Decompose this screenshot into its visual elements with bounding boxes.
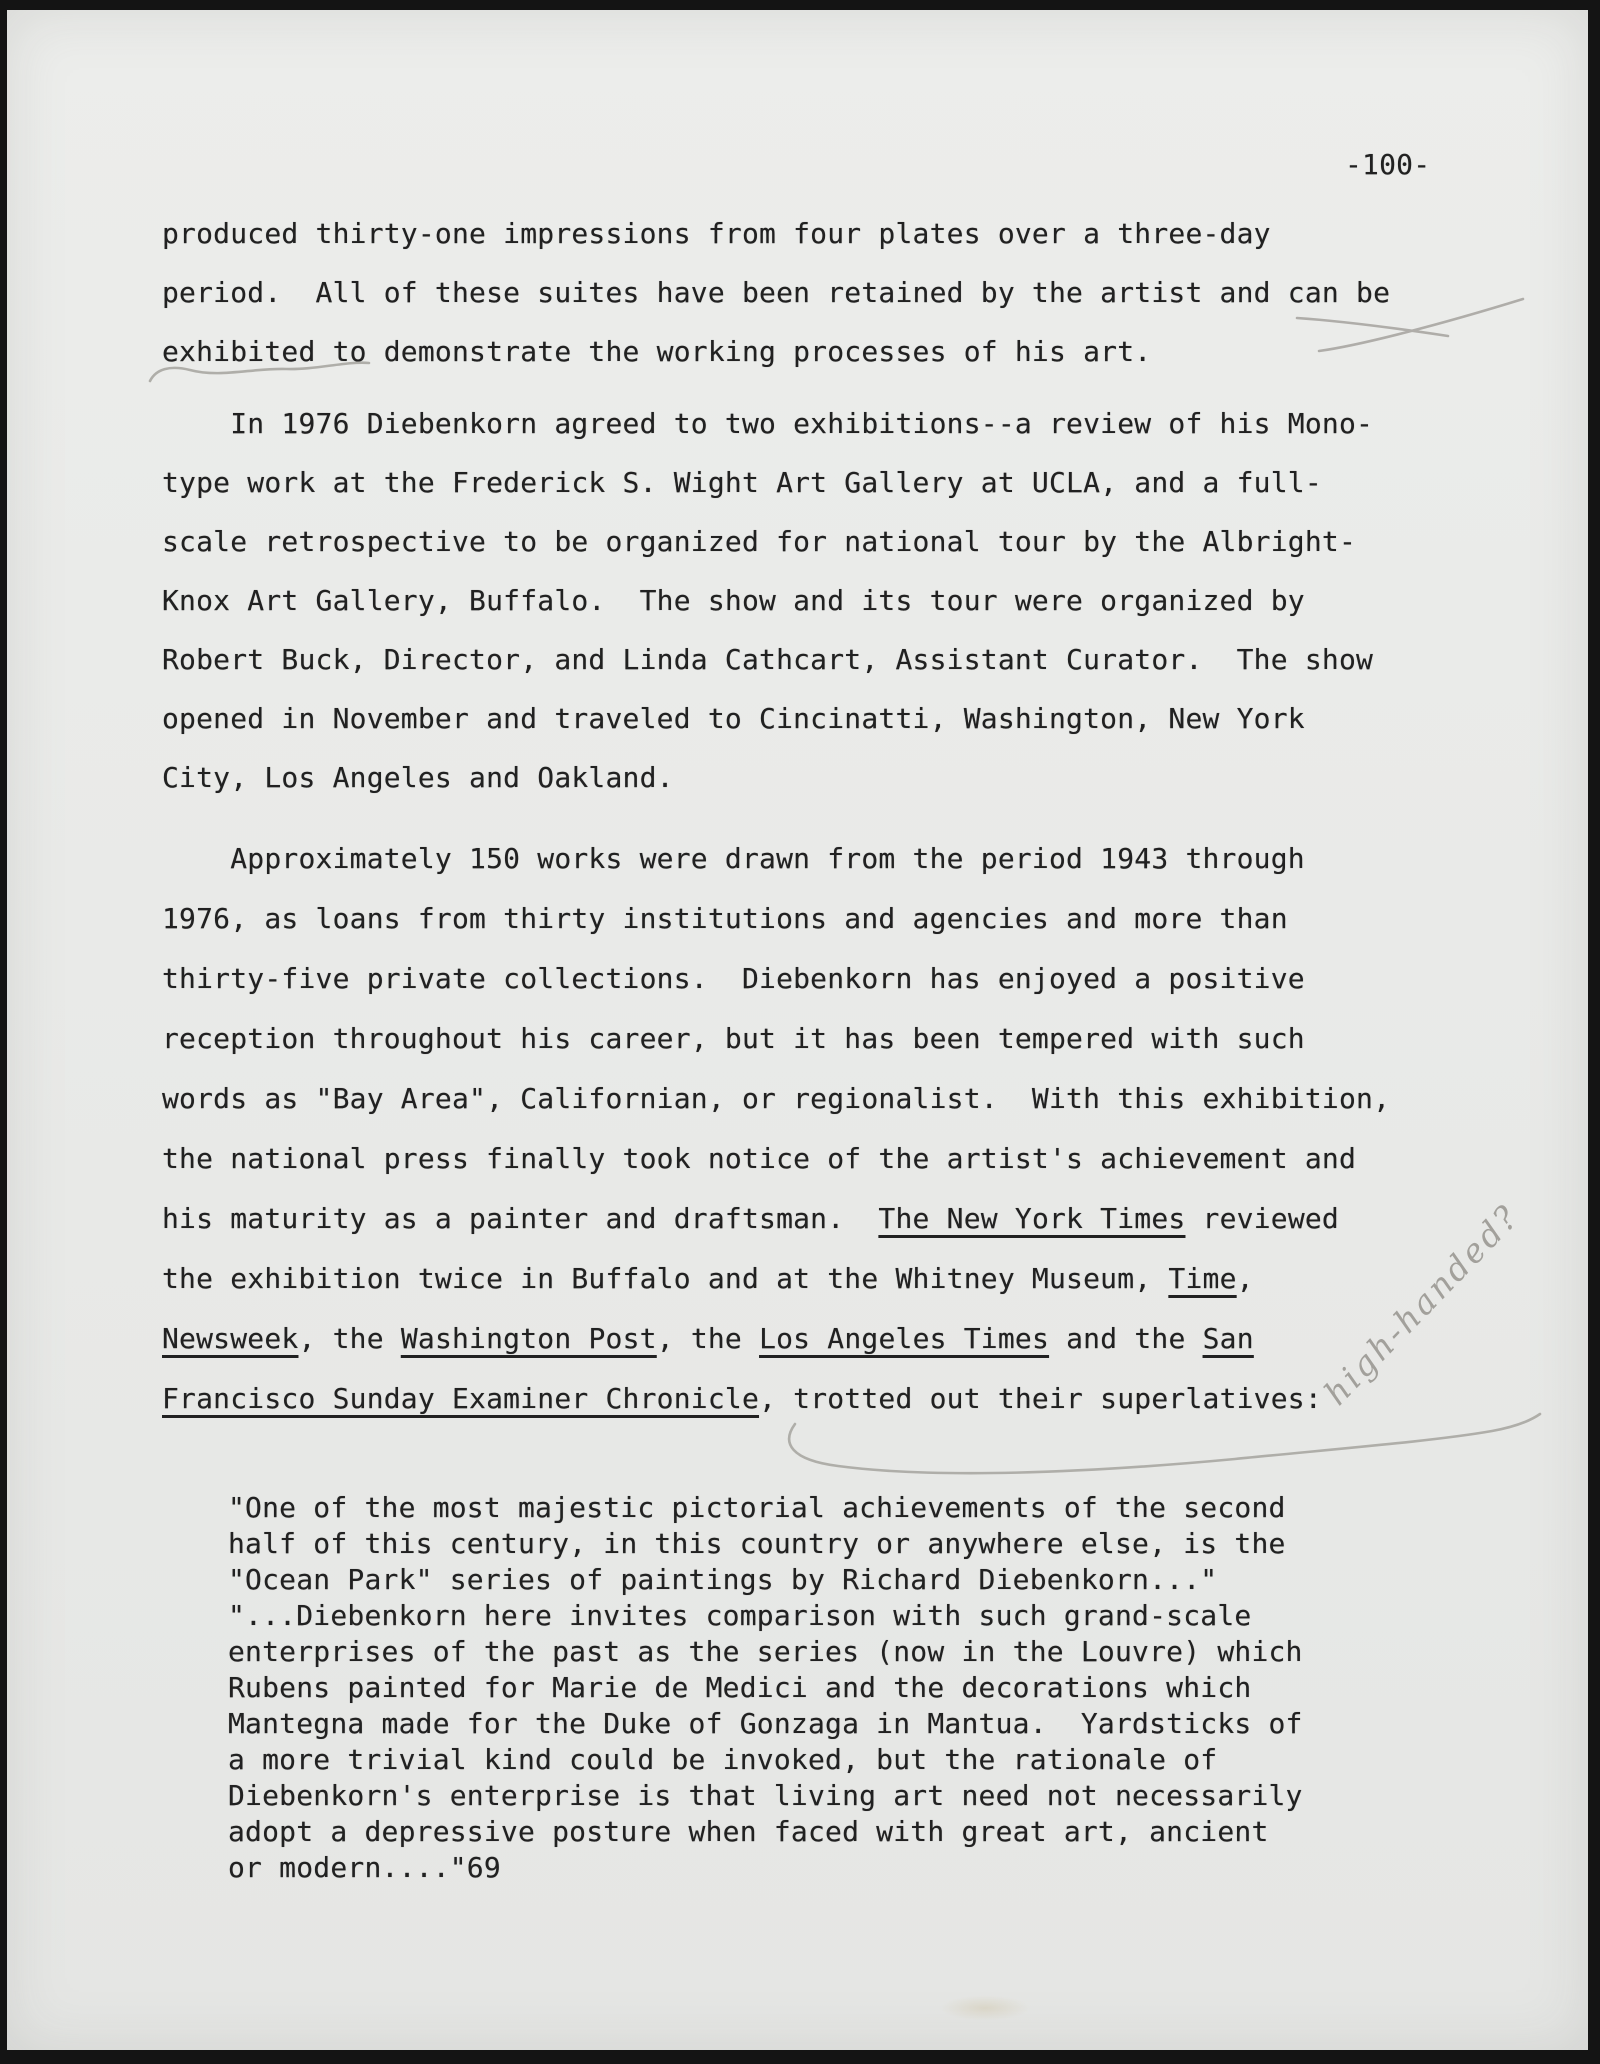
typed-line: Knox Art Gallery, Buffalo. The show and … bbox=[162, 571, 1373, 630]
paragraph-press-reception: Approximately 150 works were drawn from … bbox=[162, 829, 1390, 1429]
typed-line: words as "Bay Area", Californian, or reg… bbox=[162, 1069, 1390, 1129]
scanned-typescript-screenshot: { "page": { "number_label": "-100-", "pa… bbox=[0, 0, 1600, 2064]
paragraph-exhibitions-1976: In 1976 Diebenkorn agreed to two exhibit… bbox=[162, 394, 1373, 807]
typed-line: adopt a depressive posture when faced wi… bbox=[228, 1814, 1303, 1850]
typed-line: scale retrospective to be organized for … bbox=[162, 512, 1373, 571]
typed-line: 1976, as loans from thirty institutions … bbox=[162, 889, 1390, 949]
typed-line: or modern...."69 bbox=[228, 1850, 1303, 1886]
underlined-title: Francisco Sunday Examiner Chronicle bbox=[162, 1382, 759, 1415]
paragraph-impressions: produced thirty-one impressions from fou… bbox=[162, 204, 1390, 381]
typed-line: Diebenkorn's enterprise is that living a… bbox=[228, 1778, 1303, 1814]
typed-line: period. All of these suites have been re… bbox=[162, 263, 1390, 322]
typed-line: "One of the most majestic pictorial achi… bbox=[228, 1490, 1303, 1526]
page-number: -100- bbox=[1345, 148, 1430, 181]
underlined-title: San bbox=[1203, 1322, 1254, 1355]
typed-line: "Ocean Park" series of paintings by Rich… bbox=[228, 1562, 1303, 1598]
typed-line: type work at the Frederick S. Wight Art … bbox=[162, 453, 1373, 512]
typed-line: half of this century, in this country or… bbox=[228, 1526, 1303, 1562]
typed-line: City, Los Angeles and Oakland. bbox=[162, 748, 1373, 807]
typed-line: Approximately 150 works were drawn from … bbox=[162, 829, 1390, 889]
typed-line: "...Diebenkorn here invites comparison w… bbox=[228, 1598, 1303, 1634]
underlined-title: The New York Times bbox=[878, 1202, 1185, 1235]
typed-line: exhibited to demonstrate the working pro… bbox=[162, 322, 1390, 381]
paper-stain bbox=[940, 1995, 1030, 2021]
typed-line: his maturity as a painter and draftsman.… bbox=[162, 1189, 1390, 1249]
typed-line: the exhibition twice in Buffalo and at t… bbox=[162, 1249, 1390, 1309]
typed-line: Francisco Sunday Examiner Chronicle, tro… bbox=[162, 1369, 1390, 1429]
typed-line: In 1976 Diebenkorn agreed to two exhibit… bbox=[162, 394, 1373, 453]
underlined-title: Time bbox=[1168, 1262, 1236, 1295]
underlined-title: Washington Post bbox=[401, 1322, 657, 1355]
typed-line: enterprises of the past as the series (n… bbox=[228, 1634, 1303, 1670]
typed-line: Robert Buck, Director, and Linda Cathcar… bbox=[162, 630, 1373, 689]
typed-line: opened in November and traveled to Cinci… bbox=[162, 689, 1373, 748]
typed-line: the national press finally took notice o… bbox=[162, 1129, 1390, 1189]
blockquote-press-superlatives: "One of the most majestic pictorial achi… bbox=[228, 1490, 1303, 1886]
underlined-title: Los Angeles Times bbox=[759, 1322, 1049, 1355]
typed-line: Newsweek, the Washington Post, the Los A… bbox=[162, 1309, 1390, 1369]
underlined-title: Newsweek bbox=[162, 1322, 298, 1355]
typed-line: produced thirty-one impressions from fou… bbox=[162, 204, 1390, 263]
typed-line: reception throughout his career, but it … bbox=[162, 1009, 1390, 1069]
typed-line: a more trivial kind could be invoked, bu… bbox=[228, 1742, 1303, 1778]
typed-line: Mantegna made for the Duke of Gonzaga in… bbox=[228, 1706, 1303, 1742]
typed-line: Rubens painted for Marie de Medici and t… bbox=[228, 1670, 1303, 1706]
typed-line: thirty-five private collections. Diebenk… bbox=[162, 949, 1390, 1009]
